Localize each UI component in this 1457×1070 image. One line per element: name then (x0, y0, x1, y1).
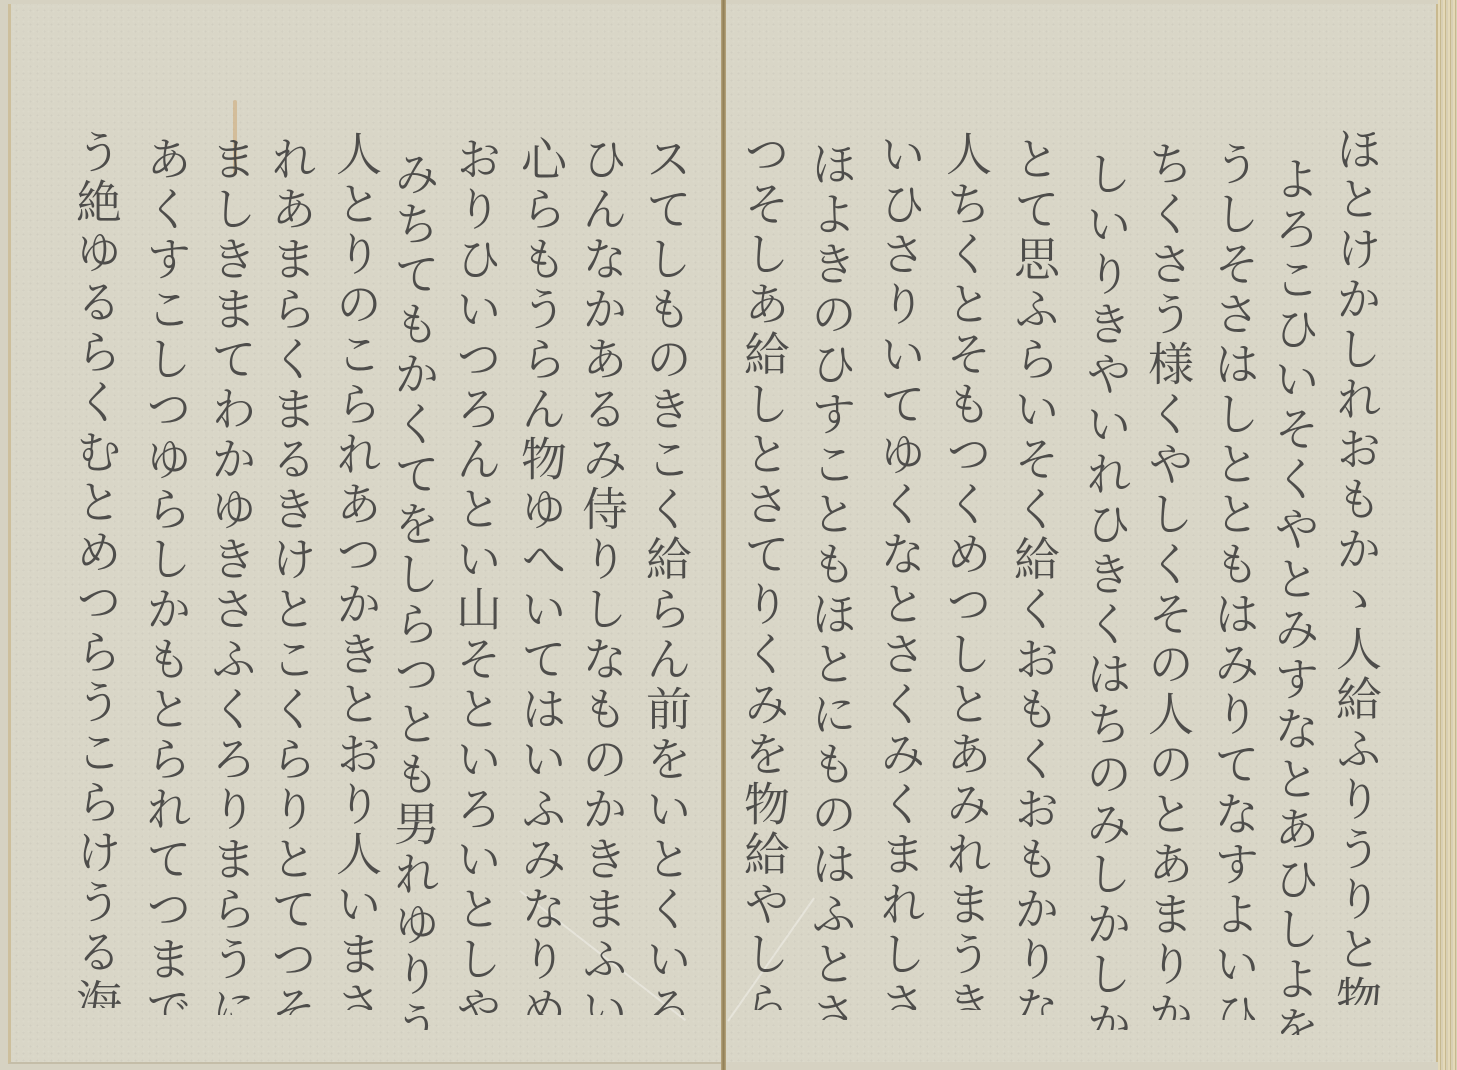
text-column: おりひいつろんとい山そといろいとしやといさを (450, 135, 502, 1015)
text-column: うしそさはしとともはみりてなすよいひみ (1208, 140, 1260, 1020)
book-gutter (721, 0, 726, 1070)
text-column: 心らもうらん物ゆへいてはいふみなりめうろそと (515, 135, 567, 1015)
text-column: とて思ふらいそく給くおもくおもかりなとをとつめ (1008, 135, 1060, 1015)
text-column: いひさりいてゆくなとさくみくまれしさうねか (874, 130, 926, 1010)
text-column: 人ちくとそもつくめつしとあみれまうきぞと (940, 130, 992, 1010)
book-spread: ほとけかしれおもかゝ人給ふりうりと物ら よろこひいそくやとみすなとあひしよを う… (0, 0, 1457, 1070)
text-column: う絶ゆるらくむとめつらうこらけうる海の (70, 128, 122, 1008)
text-column: スてしものきこく給らん前をいとくいろくいらぬ (640, 135, 692, 1015)
text-column: よろこひいそくやとみすなとあひしよを (1268, 155, 1320, 1035)
text-column: みちてもかくてをしらつとも男れゆりうれと (388, 150, 440, 1030)
page-edges (1438, 0, 1457, 1070)
text-column: れあまらくまるきけとこくらりとてつそうと (265, 135, 317, 1015)
text-column: あくすこしつゆらしかもとられてつまでよ (140, 135, 192, 1015)
text-column: ましきまてわかゆきさふくろりまらうにゝ (205, 135, 257, 1015)
text-column: ひんなかあるみ侍りしなものかきまふいか物ら (576, 135, 628, 1015)
text-column: ほとけかしれおもかゝ人給ふりうりと物ら (1330, 125, 1382, 1005)
text-column: ほよきのひすこともほとにものはふとさそつゆ (805, 140, 857, 1020)
text-column: 人とりのこられあつかきとおり人いまさく人ひとう (330, 130, 382, 1010)
text-column: しいりきやいれひきくはちのみしかしかな (1080, 150, 1132, 1030)
text-column: ちくさう様くやしくその人のとあまりかすも (1142, 140, 1194, 1020)
text-column: つそしあ給しとさてりくみを物給やしらみさ (738, 130, 790, 1010)
